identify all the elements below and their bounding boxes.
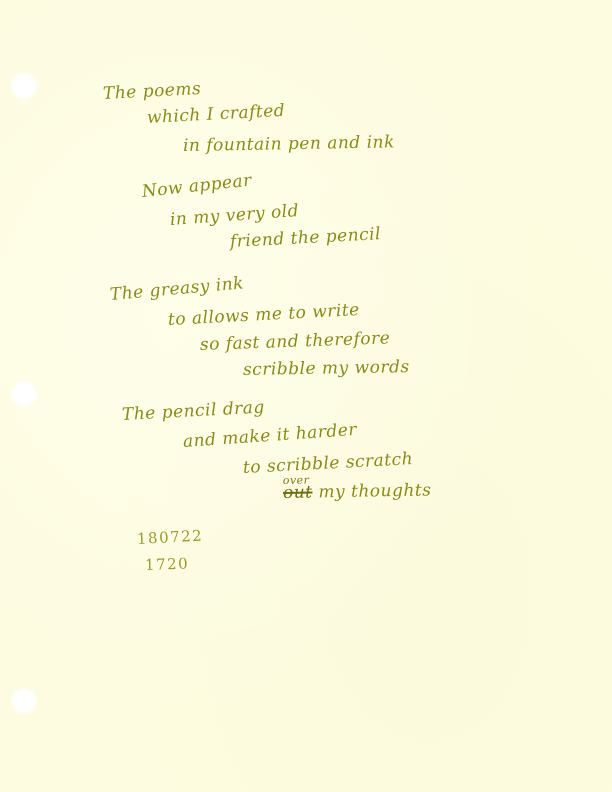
hole-punch-bottom [13, 690, 35, 712]
line-remainder: my thoughts [318, 480, 431, 502]
poem-line: so fast and therefore [200, 328, 391, 355]
hole-punch-middle [13, 383, 35, 405]
time-stamp: 1720 [145, 554, 190, 574]
scanned-page: The poems which I crafted in fountain pe… [0, 0, 612, 792]
poem-line: in fountain pen and ink [183, 132, 395, 156]
poem-line: Now appear [141, 171, 253, 202]
poem-line-revised: over out my thoughts [283, 480, 432, 503]
poem-line: to allows me to write [167, 300, 360, 330]
poem-line: which I crafted [146, 101, 285, 128]
poem-line: The pencil drag [121, 398, 265, 425]
poem-line: friend the pencil [229, 224, 381, 252]
poem-line: in my very old [169, 201, 299, 230]
hole-punch-top [13, 75, 35, 97]
date-stamp: 180722 [137, 527, 204, 548]
poem-line: The greasy ink [109, 273, 245, 305]
revision: over out [283, 482, 313, 503]
poem-line: to scribble scratch [242, 449, 413, 478]
poem-line: scribble my words [243, 357, 410, 380]
inserted-word: over [283, 474, 310, 487]
poem-line: and make it harder [182, 420, 357, 452]
poem-line: The poems [102, 79, 201, 104]
